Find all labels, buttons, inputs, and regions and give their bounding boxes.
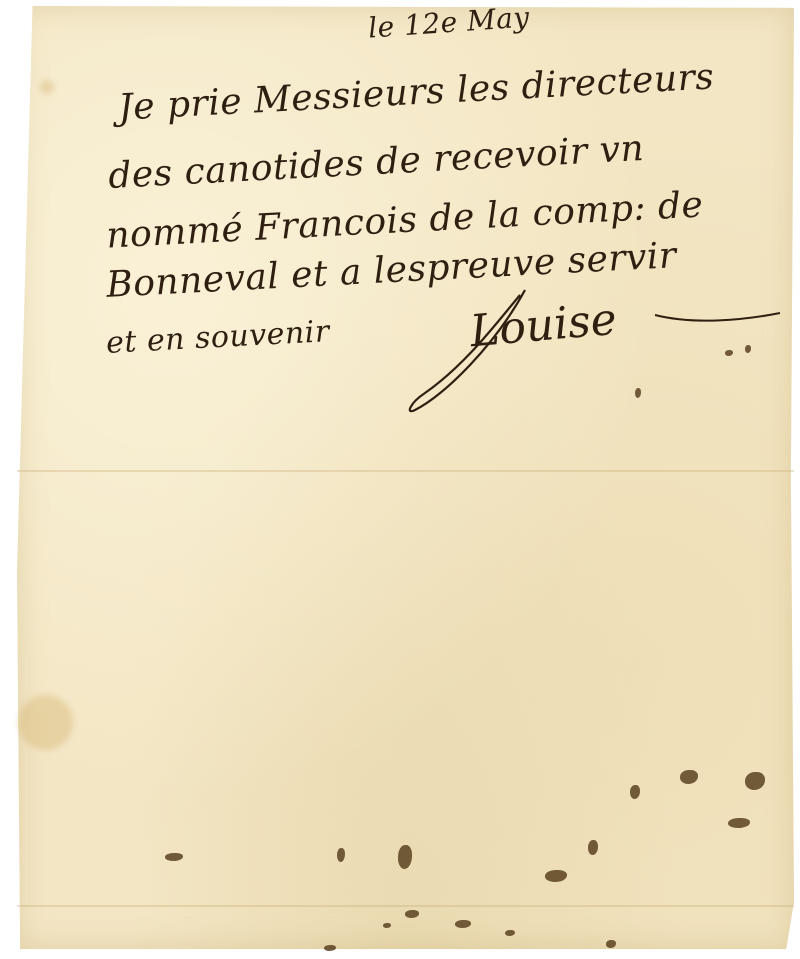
paper-stain (40, 80, 54, 94)
paper-fold-line (17, 470, 794, 472)
paper-stain (18, 695, 73, 750)
ink-blot (324, 945, 336, 951)
paper-fold-line-bottom (17, 905, 794, 907)
